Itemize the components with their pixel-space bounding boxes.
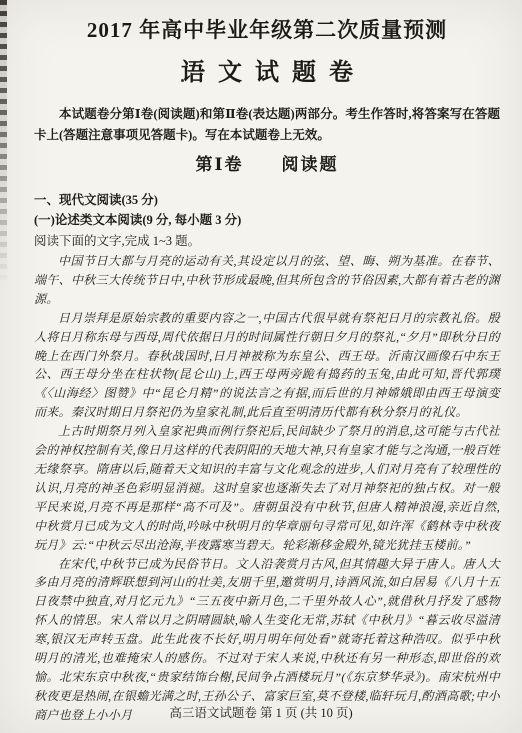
passage-paragraph: 中国节日大都与月亮的运动有关,其设定以月的弦、望、晦、朔为基准。在春节、端午、中… bbox=[34, 252, 500, 309]
subpart-heading: (一)论述类文本阅读(9 分, 每小题 3 分) bbox=[34, 210, 500, 231]
section-heading: 第Ⅰ卷 阅读题 bbox=[34, 153, 500, 177]
passage-paragraph: 上古时期祭月列入皇家祀典而例行祭祀后,民间缺少了祭月的消息,这可能与古代社会的神… bbox=[34, 422, 500, 554]
passage-paragraph: 在宋代,中秋节已成为民俗节日。文人沿袭赏月古风,但其情趣大异于唐人。唐人大多由月… bbox=[34, 555, 500, 725]
exam-instructions: 本试题卷分第Ⅰ卷(阅读题)和第Ⅱ卷(表达题)两部分。考生作答时,将答案写在答题卡… bbox=[34, 104, 500, 146]
reading-instruction: 阅读下面的文字,完成 1~3 题。 bbox=[34, 231, 500, 252]
part-one-heading: 一、现代文阅读(35 分) bbox=[34, 190, 500, 210]
scan-edge-artifact bbox=[0, 0, 7, 300]
document-page: 2017 年高中毕业年级第二次质量预测 语文试题卷 本试题卷分第Ⅰ卷(阅读题)和… bbox=[0, 0, 522, 733]
page-subtitle: 语文试题卷 bbox=[34, 57, 500, 89]
passage-paragraph: 日月崇拜是原始宗教的重要内容之一,中国古代很早就有祭祀日月的宗教礼俗。殷人将日月… bbox=[34, 309, 500, 422]
scan-speck-artifact bbox=[181, 79, 184, 82]
page-title: 2017 年高中毕业年级第二次质量预测 bbox=[34, 14, 500, 46]
reading-passage: 中国节日大都与月亮的运动有关,其设定以月的弦、望、晦、朔为基准。在春节、端午、中… bbox=[34, 252, 500, 725]
page-footer: 高三语文试题卷 第 1 页 (共 10 页) bbox=[0, 705, 522, 721]
